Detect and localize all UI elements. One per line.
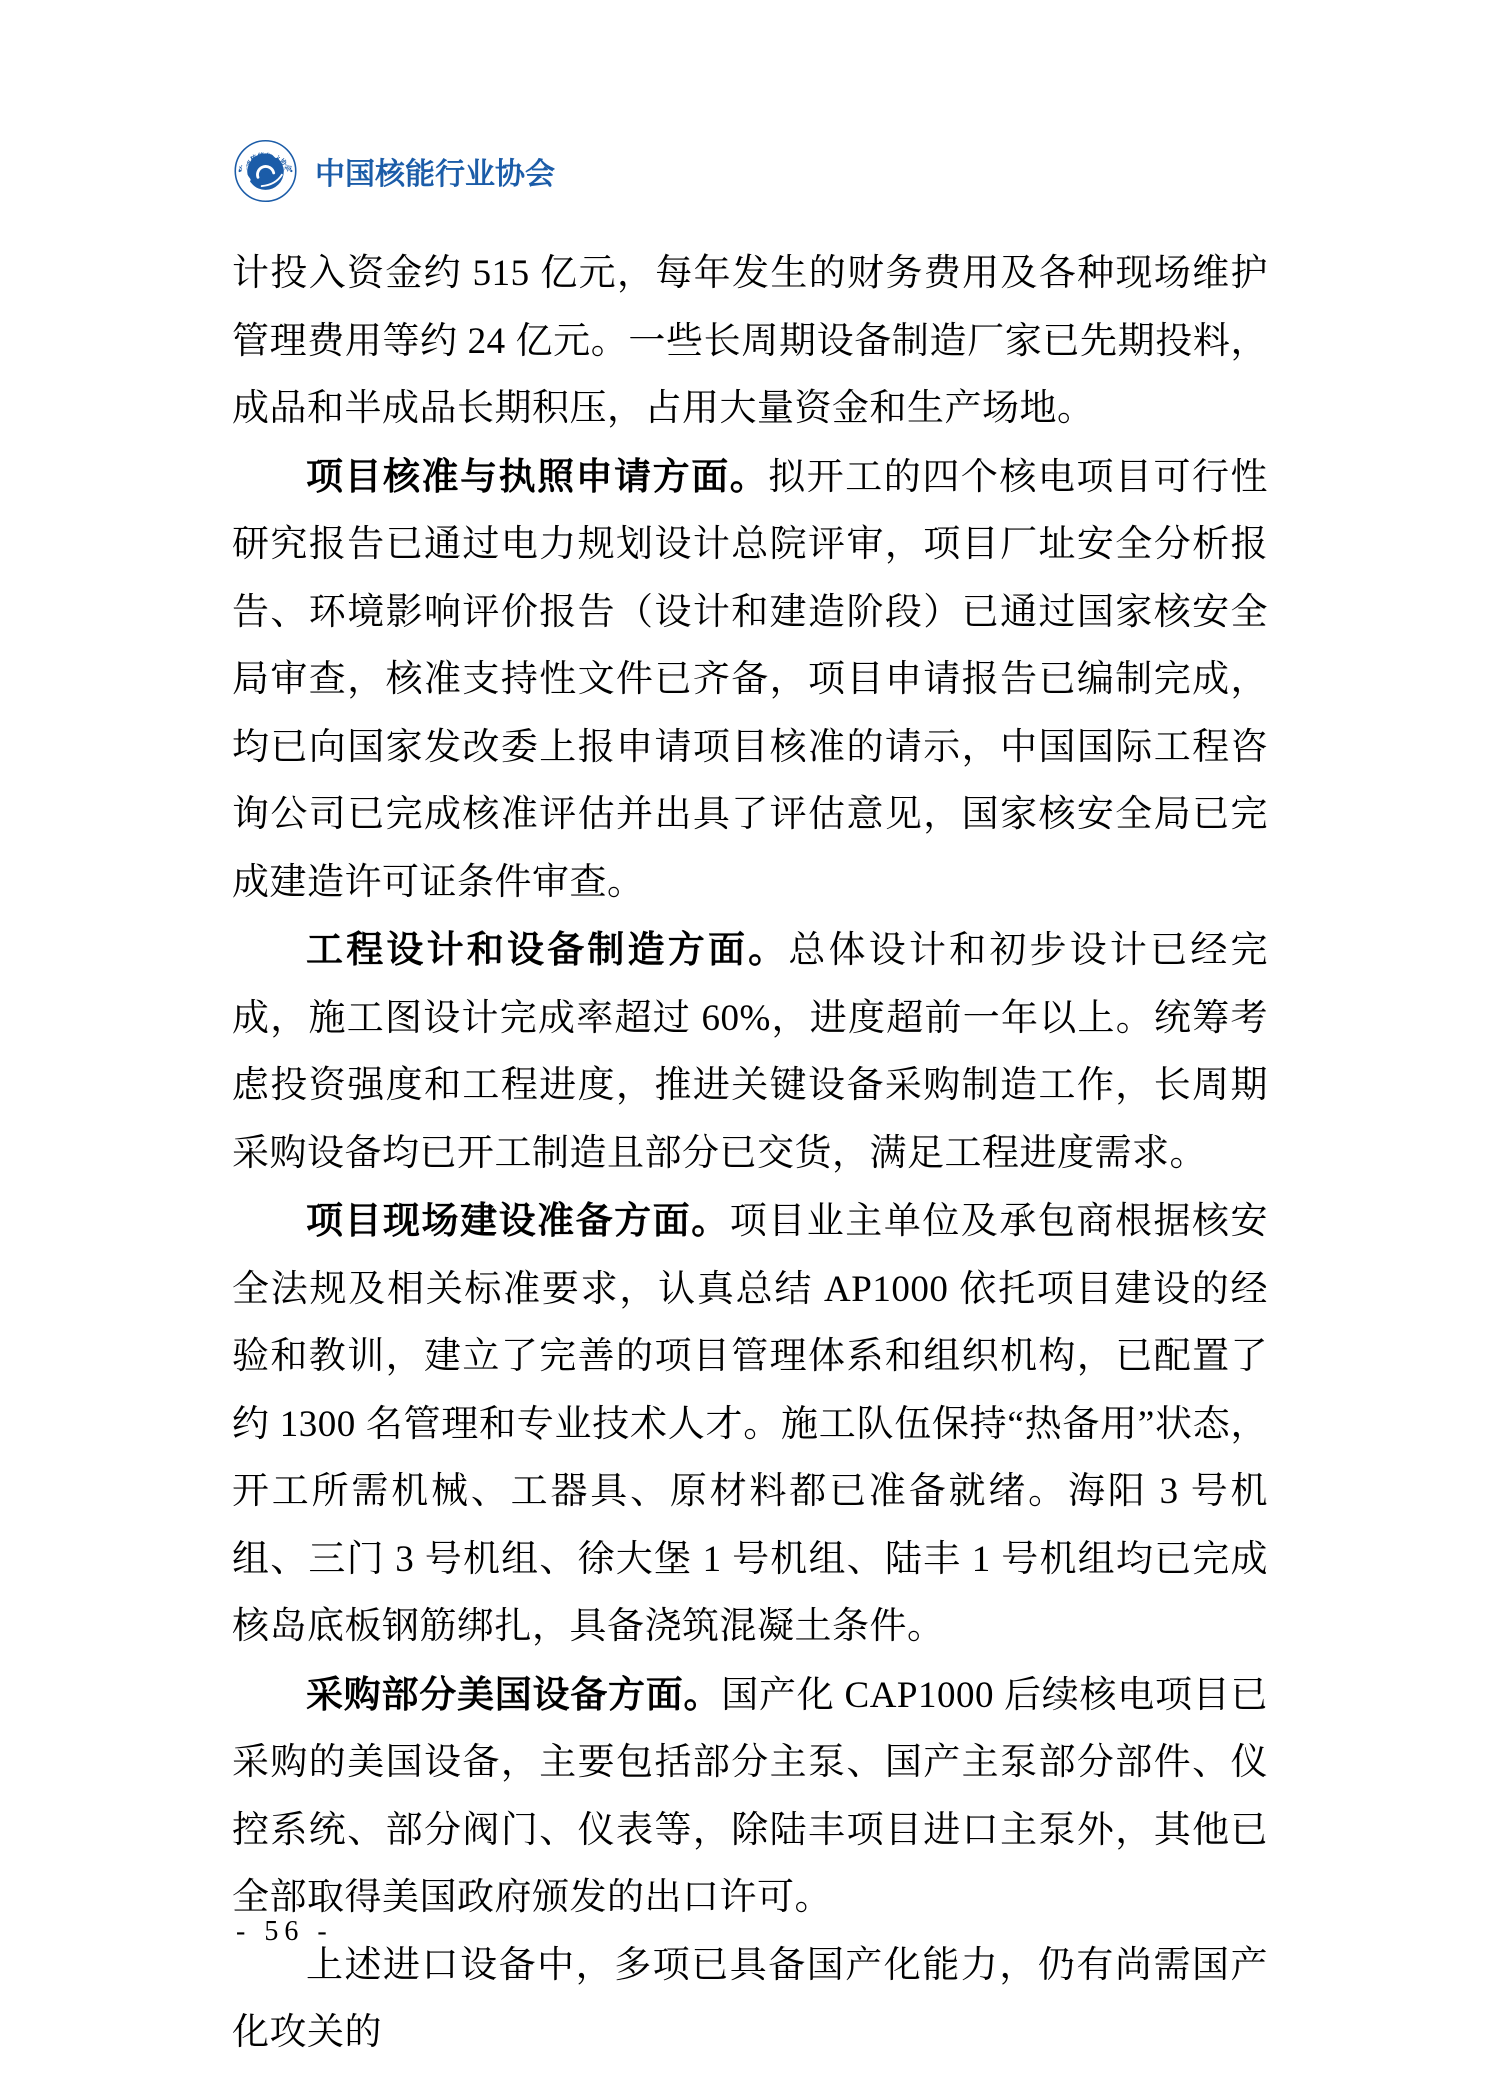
paragraph: 项目现场建设准备方面。项目业主单位及承包商根据核安全法规及相关标准要求，认真总结… — [232, 1187, 1268, 1661]
cnea-logo-icon: 中国核能行业协会 China Nuclear Energy Associatio… — [234, 138, 297, 204]
paragraph: 上述进口设备中，多项已具备国产化能力，仍有尚需国产化攻关的 — [232, 1932, 1268, 2067]
paragraph-lead: 工程设计和设备制造方面。 — [306, 929, 788, 970]
paragraph: 项目核准与执照申请方面。拟开工的四个核电项目可行性研究报告已通过电力规划设计总院… — [232, 443, 1268, 917]
page-number: - 56 - — [236, 1916, 333, 1948]
paragraph: 工程设计和设备制造方面。总体设计和初步设计已经完成，施工图设计完成率超过 60%… — [232, 916, 1268, 1187]
document-page: 中国核能行业协会 China Nuclear Energy Associatio… — [0, 0, 1504, 2095]
paragraph-lead: 采购部分美国设备方面。 — [306, 1674, 721, 1715]
paragraph-lead: 项目核准与执照申请方面。 — [306, 456, 768, 497]
paragraph-lead: 项目现场建设准备方面。 — [306, 1200, 730, 1241]
document-body: 计投入资金约 515 亿元，每年发生的财务费用及各种现场维护管理费用等约 24 … — [232, 240, 1268, 2067]
paragraph: 计投入资金约 515 亿元，每年发生的财务费用及各种现场维护管理费用等约 24 … — [232, 240, 1268, 443]
page-header: 中国核能行业协会 China Nuclear Energy Associatio… — [234, 138, 555, 204]
paragraph: 采购部分美国设备方面。国产化 CAP1000 后续核电项目已采购的美国设备，主要… — [232, 1661, 1268, 1932]
association-title: 中国核能行业协会 — [315, 149, 555, 193]
